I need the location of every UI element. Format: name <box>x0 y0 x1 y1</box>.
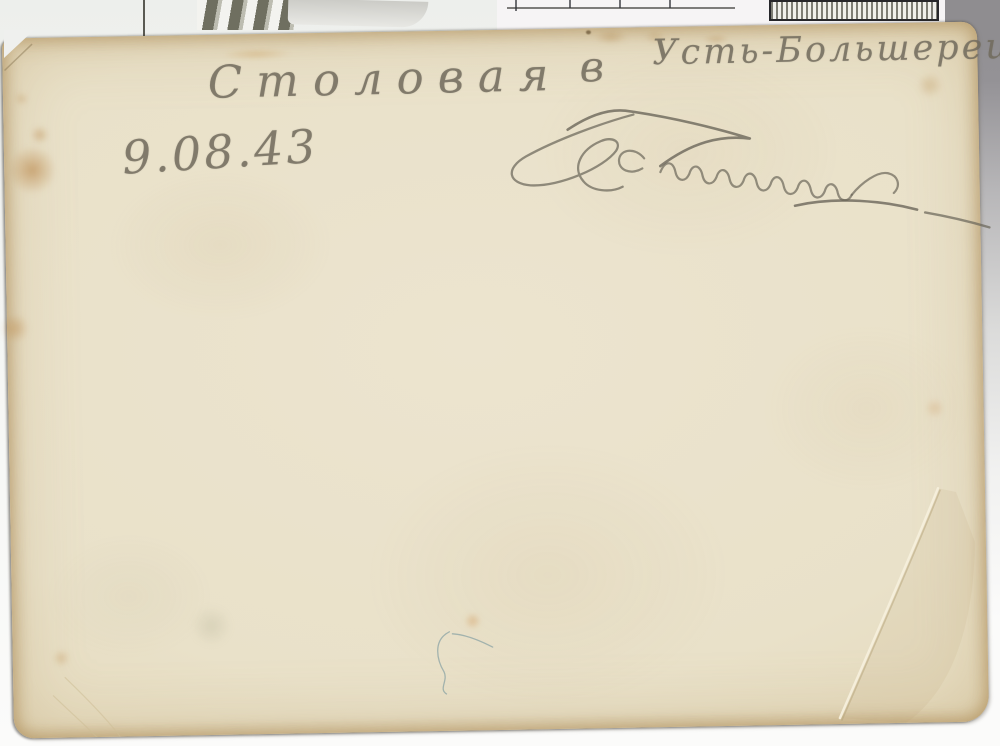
signature-stroke-e <box>619 150 645 171</box>
photo-back-card: Столовая в Усть-Большерецке 9.08.43 <box>2 22 989 739</box>
signature-stroke-swoop <box>851 173 898 195</box>
paper-strip-tick <box>515 0 517 11</box>
scanner-artifact-striped-photo-edge <box>197 0 294 30</box>
scanner-artifact-gray-paper <box>288 0 429 28</box>
signature-stroke-underline-tail <box>925 211 989 228</box>
signature-stroke-underline <box>795 199 917 212</box>
scanner-artifact-thin-line <box>143 0 145 36</box>
blue-pencil-squiggle <box>437 631 493 694</box>
paper-strip-line <box>507 7 735 9</box>
handwritten-caption-word: Столовая <box>207 48 563 109</box>
handwritten-caption-place: Усть-Большерецке <box>652 26 1000 73</box>
paper-strip-tick <box>669 0 671 8</box>
handwritten-signature <box>463 96 996 275</box>
handwritten-caption-word: в <box>579 42 604 91</box>
paper-strip-printed-box <box>769 0 939 21</box>
signature-stroke-minims <box>660 160 852 203</box>
paper-strip-tick <box>569 0 571 8</box>
corner-crease <box>53 677 120 739</box>
photo-scan-scene: Столовая в Усть-Большерецке 9.08.43 <box>0 0 1000 746</box>
paper-strip-tick <box>619 0 621 8</box>
signature-stroke-top-bar <box>567 108 750 168</box>
fold-shading <box>836 488 978 724</box>
